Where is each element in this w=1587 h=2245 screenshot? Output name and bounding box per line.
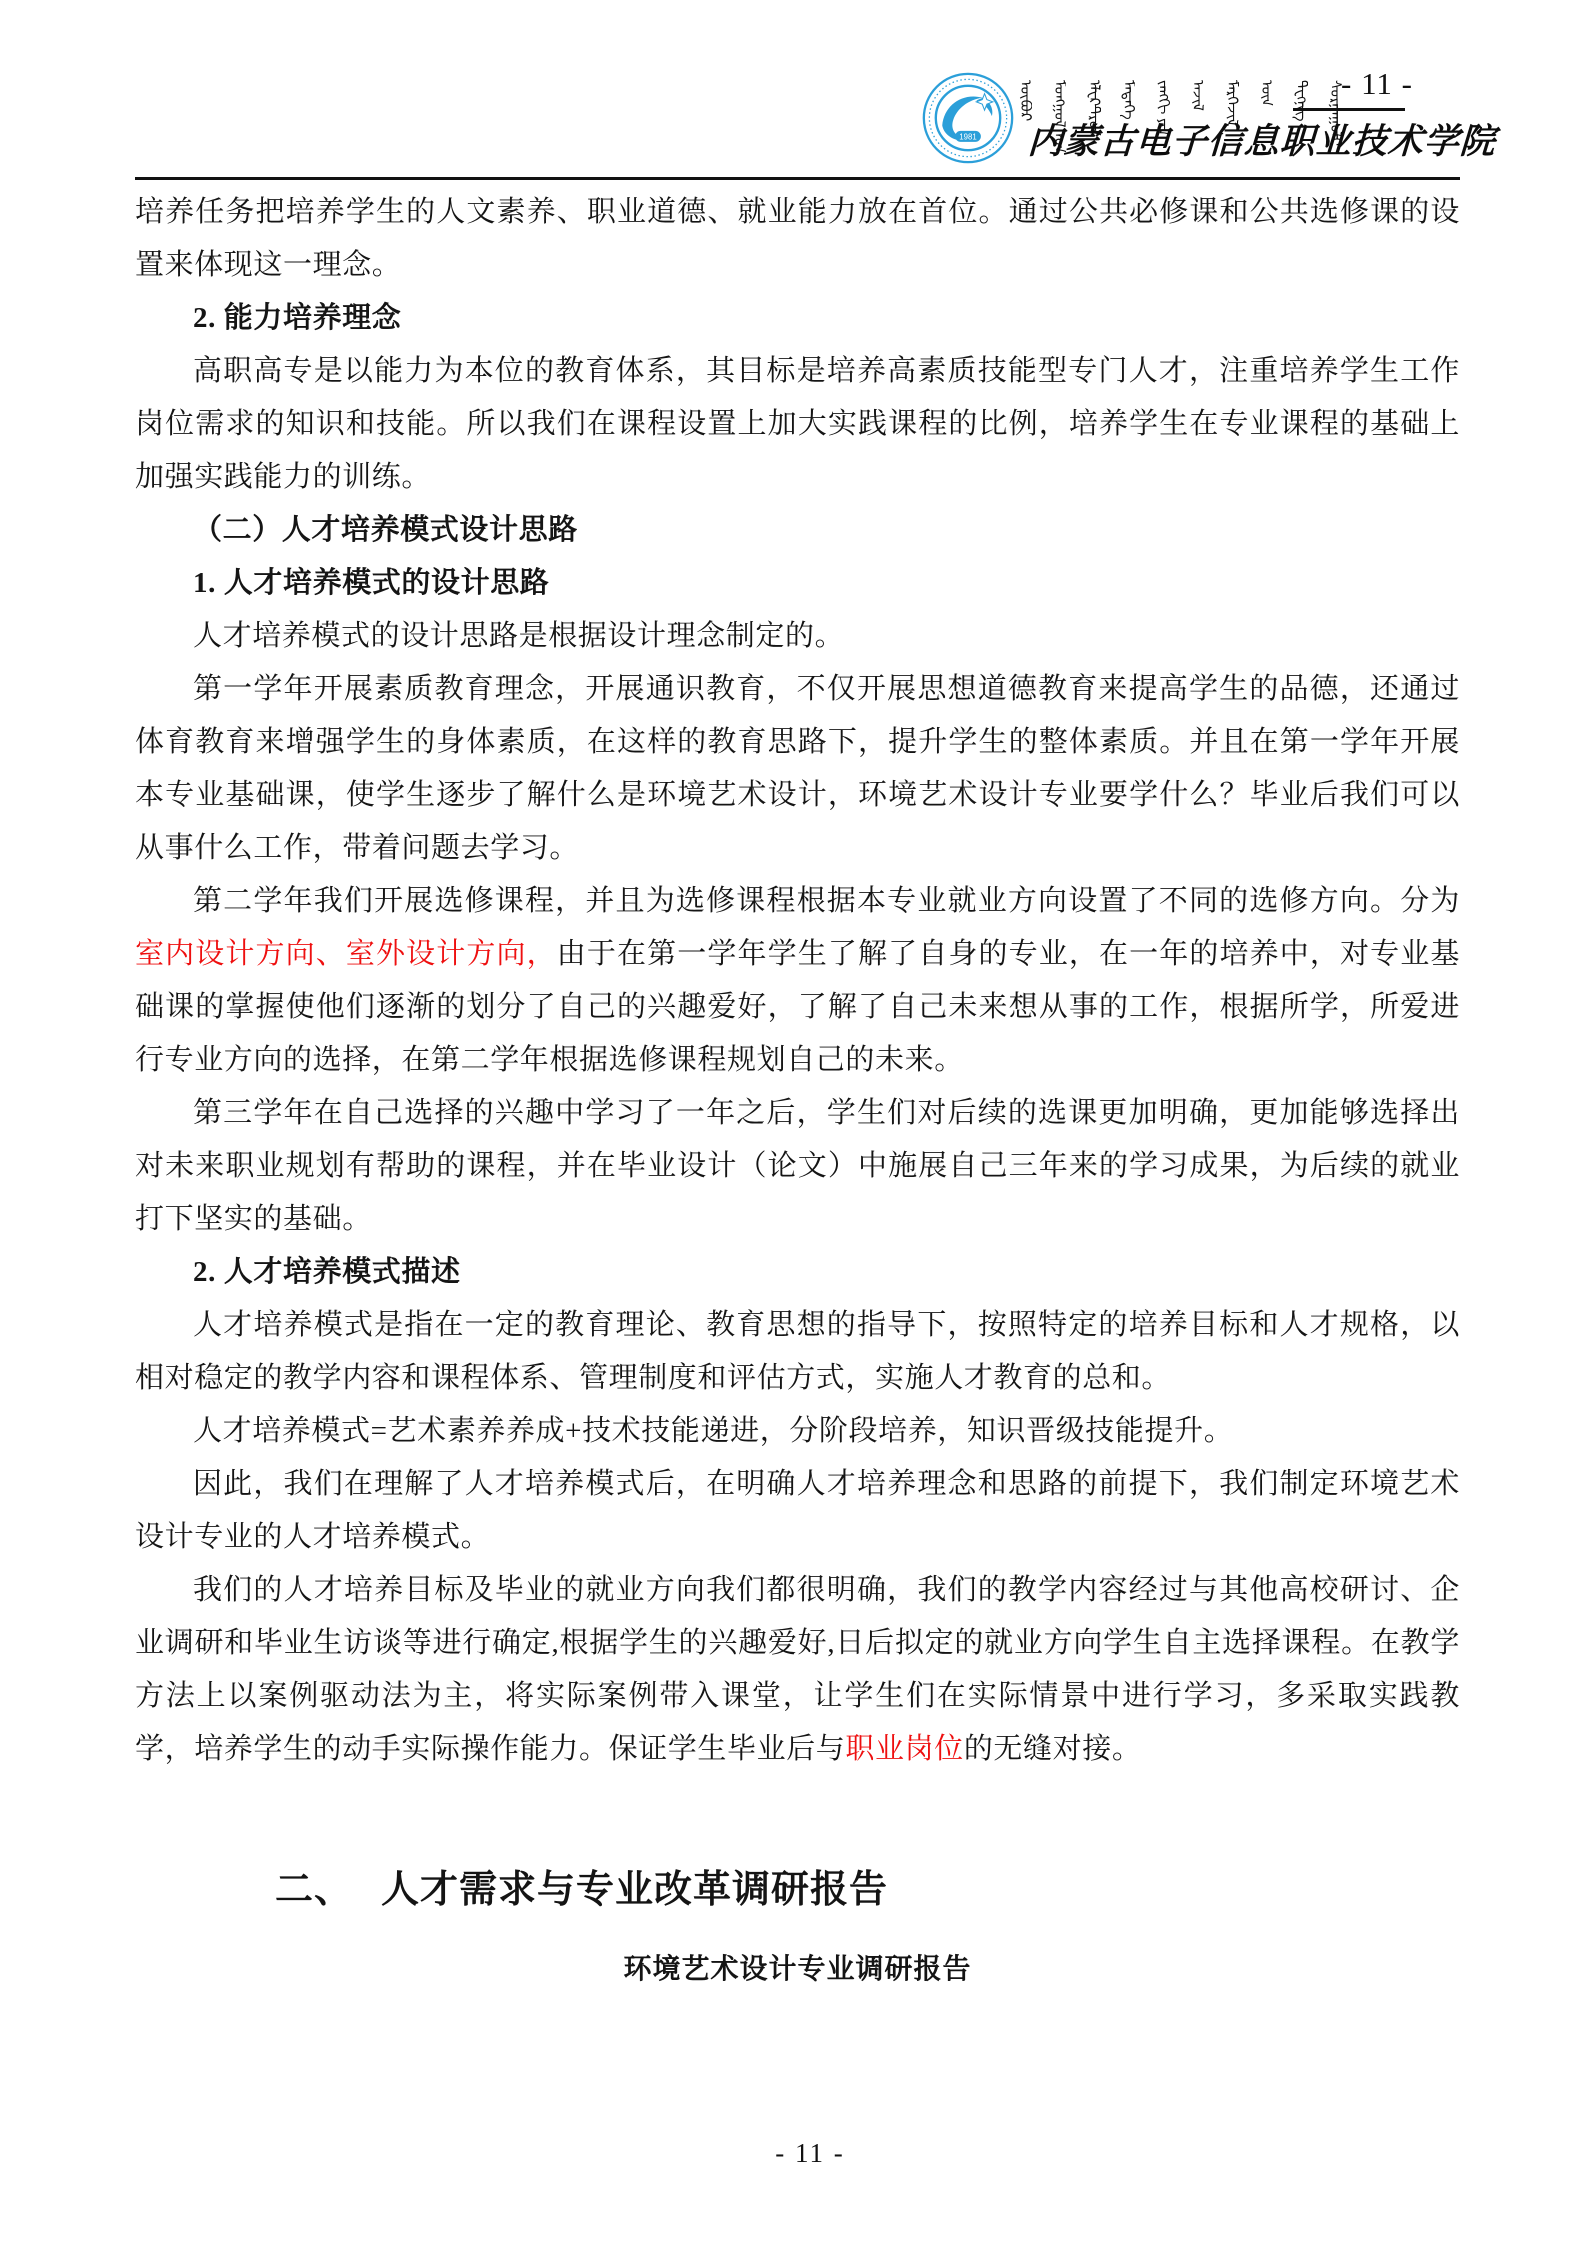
section-heading: 二、人才需求与专业改革调研报告 [135, 1858, 1460, 1913]
mongolian-word: ᠦᠨ [1257, 80, 1273, 107]
red-text-run: 职业岗位 [845, 1733, 963, 1765]
heading-ability-concept: 2. 能力培养理念 [135, 292, 1460, 345]
header-page-number: - 11 - [1322, 66, 1432, 102]
section-title: 人才需求与专业改革调研报告 [381, 1869, 888, 1911]
section-number: 二、 [275, 1869, 353, 1911]
page-header: 1981 ᠥᠪᠥᠷ ᠮᠣᠩᠭᠣᠯ ᠤᠨ ᠡᠯᠧᠺᠲᠷᠣᠨ ᠮᠡᠳᠡᠭᠡ ᠵᠠᠩᠭ… [0, 0, 1587, 200]
header-page-number-underline [1293, 108, 1405, 111]
paragraph: 培养任务把培养学生的人文素养、职业道德、就业能力放在首位。通过公共必修课和公共选… [135, 186, 1460, 292]
text-run: 的无缝对接。 [964, 1733, 1142, 1765]
paragraph: 因此，我们在理解了人才培养模式后，在明确人才培养理念和思路的前提下，我们制定环境… [135, 1458, 1460, 1564]
paragraph: 第一学年开展素质教育理念，开展通识教育，不仅开展思想道德教育来提高学生的品德，还… [135, 663, 1460, 875]
red-text-run: 室内设计方向、室外设计方向， [135, 938, 557, 970]
heading-design-thinking-1: 1. 人才培养模式的设计思路 [135, 557, 1460, 610]
heading-model-description: 2. 人才培养模式描述 [135, 1246, 1460, 1299]
footer-page-number: - 11 - [0, 2138, 1587, 2169]
report-subtitle: 环境艺术设计专业调研报告 [135, 1947, 1460, 1987]
heading-design-thinking: （二）人才培养模式设计思路 [135, 504, 1460, 557]
document-page: 1981 ᠥᠪᠥᠷ ᠮᠣᠩᠭᠣᠯ ᠤᠨ ᠡᠯᠧᠺᠲᠷᠣᠨ ᠮᠡᠳᠡᠭᠡ ᠵᠠᠩᠭ… [0, 0, 1587, 2245]
text-run: 第二学年我们开展选修课程，并且为选修课程根据本专业就业方向设置了不同的选修方向。… [193, 885, 1460, 917]
text-run: 我们的人才培养目标及毕业的就业方向我们都很明确，我们的教学内容经过与其他高校研讨… [135, 1574, 1460, 1765]
school-logo: 1981 [922, 72, 1014, 164]
paragraph: 人才培养模式=艺术素养养成+技术技能递进，分阶段培养，知识晋级技能提升。 [135, 1405, 1460, 1458]
header-rule [135, 177, 1460, 180]
paragraph: 人才培养模式是指在一定的教育理论、教育思想的指导下，按照特定的培养目标和人才规格… [135, 1299, 1460, 1405]
paragraph: 人才培养模式的设计思路是根据设计理念制定的。 [135, 610, 1460, 663]
paragraph: 第三学年在自己选择的兴趣中学习了一年之后，学生们对后续的选课更加明确，更加能够选… [135, 1087, 1460, 1246]
logo-year: 1981 [959, 133, 976, 142]
paragraph: 我们的人才培养目标及毕业的就业方向我们都很明确，我们的教学内容经过与其他高校研讨… [135, 1564, 1460, 1776]
document-body: 培养任务把培养学生的人文素养、职业道德、就业能力放在首位。通过公共必修课和公共选… [135, 186, 1460, 1987]
school-name-chinese: 内蒙古电子信息职业技术学院 [1027, 114, 1450, 164]
paragraph: 第二学年我们开展选修课程，并且为选修课程根据本专业就业方向设置了不同的选修方向。… [135, 875, 1460, 1087]
paragraph: 高职高专是以能力为本位的教育体系，其目标是培养高素质技能型专门人才，注重培养学生… [135, 345, 1460, 504]
mongolian-word: ᠠᠵᠢᠯ [1188, 80, 1204, 111]
